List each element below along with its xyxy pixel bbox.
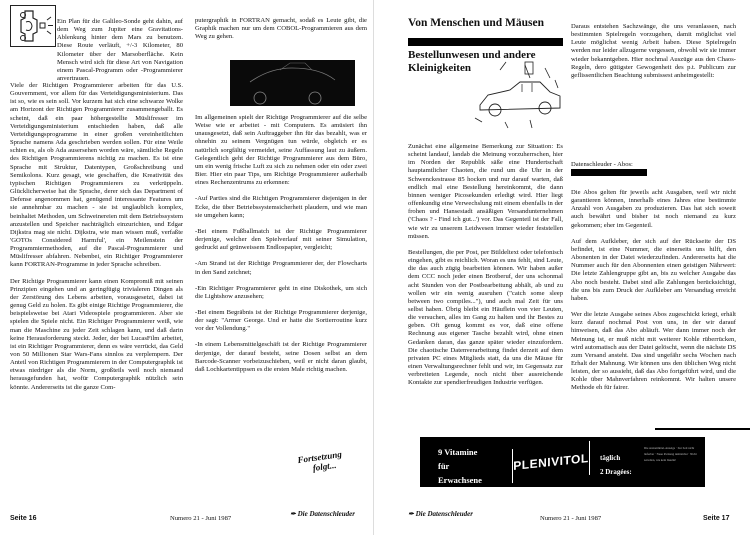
article-column-3: Zunächst eine allgemeine Bemerkung zur S… (408, 143, 563, 396)
datenschleuder-logo-icon (10, 5, 56, 47)
issue-number: Numero 21 - Juni 1987 (540, 515, 601, 522)
article-column-4: Die Abos gelten für jeweils acht Ausgabe… (571, 189, 736, 401)
footer-logo: ✒ Die Datenschleuder (408, 510, 473, 518)
ad-text: Erwachsene (438, 473, 482, 487)
ad-text: für (438, 459, 482, 473)
paragraph: Viele der Richtigen Programmierer arbeit… (10, 82, 183, 270)
paragraph: Bestellungen, die per Post, per Btildelt… (408, 249, 563, 388)
footer-logo: ✒ Die Datenschleuder (290, 510, 355, 518)
ad-brand: PLENIVITOL (512, 441, 590, 483)
paragraph: Der Richtige Programmierer kann einen Ko… (10, 278, 183, 392)
ad-right-text: täglich 2 Dragées: (600, 451, 632, 479)
plenivitol-advertisement: 9 Vitamine für Erwachsene PLENIVITOL täg… (420, 437, 705, 487)
section-title: Von Menschen und Mäusen (408, 17, 544, 29)
article-column-1: Ein Plan für die Galileo-Sonde geht dahi… (57, 18, 183, 91)
ad-left-text: 9 Vitamine für Erwachsene (438, 445, 482, 487)
page-number: Seite 17 (703, 515, 729, 522)
ad-text: täglich (600, 451, 632, 465)
paragraph: putergraphik in FORTRAN gemacht, sodaß e… (195, 17, 367, 41)
page-16: Ein Plan für die Galileo-Sonde geht dahi… (0, 0, 375, 535)
paragraph: Zunächst eine allgemeine Bemerkung zur S… (408, 143, 563, 241)
article-column-4-intro: Daraus entstehen Sachzwänge, die uns ver… (571, 23, 736, 88)
ad-text: 2 Dragées: (600, 465, 632, 479)
ad-text: 9 Vitamine (438, 445, 482, 459)
page-number: Seite 16 (10, 515, 36, 522)
list-item: -Auf Parties sind die Richtigen Programm… (195, 195, 367, 219)
article-column-2-top: putergraphik in FORTRAN gemacht, sodaß e… (195, 17, 367, 49)
paragraph: Wer die letzte Ausgabe seines Abos zuges… (571, 311, 736, 393)
article-column-2: Im allgemeinen spielt der Richtige Progr… (195, 114, 367, 382)
ad-fine-print: Die Arzneimittel-Anzeige · Zur Zeit nich… (644, 445, 699, 463)
list-item: -Bei einem Begräbnis ist der Richtige Pr… (195, 309, 367, 333)
issue-number: Numero 21 - Juni 1987 (170, 515, 231, 522)
paragraph: Ein Plan für die Galileo-Sonde geht dahi… (57, 18, 183, 83)
footer-logo-text: Die Datenschleuder (298, 510, 355, 518)
paragraph: Die Abos gelten für jeweils acht Ausgabe… (571, 189, 736, 230)
computer-photo (230, 60, 355, 106)
paragraph: Im allgemeinen spielt der Richtige Progr… (195, 114, 367, 187)
list-item: -Am Strand ist der Richtige Programmiere… (195, 260, 367, 276)
car-cartoon-illustration (470, 60, 565, 130)
end-rule (655, 428, 750, 430)
signature: Fortsetzung folgt... (297, 449, 344, 475)
abo-section-label: Datenschleuder - Abos: (571, 161, 633, 168)
quill-icon: ✒ (408, 510, 414, 518)
list-item: -Ein Richtiger Programmierer geht in ein… (195, 285, 367, 301)
list-item: -In einem Lebensmittelgeschäft ist der R… (195, 341, 367, 374)
paragraph: Auf dem Aufkleber, der sich auf der Rück… (571, 238, 736, 303)
title-bar (408, 38, 563, 46)
list-item: -Bei einem Fußballmatch ist der Richtige… (195, 228, 367, 252)
article-column-1b: Viele der Richtigen Programmierer arbeit… (10, 82, 183, 400)
page-divider (373, 0, 374, 535)
abo-label-bar (571, 169, 647, 176)
paragraph: Daraus entstehen Sachzwänge, die uns ver… (571, 23, 736, 80)
quill-icon: ✒ (290, 510, 296, 518)
footer-logo-text: Die Datenschleuder (416, 510, 473, 518)
